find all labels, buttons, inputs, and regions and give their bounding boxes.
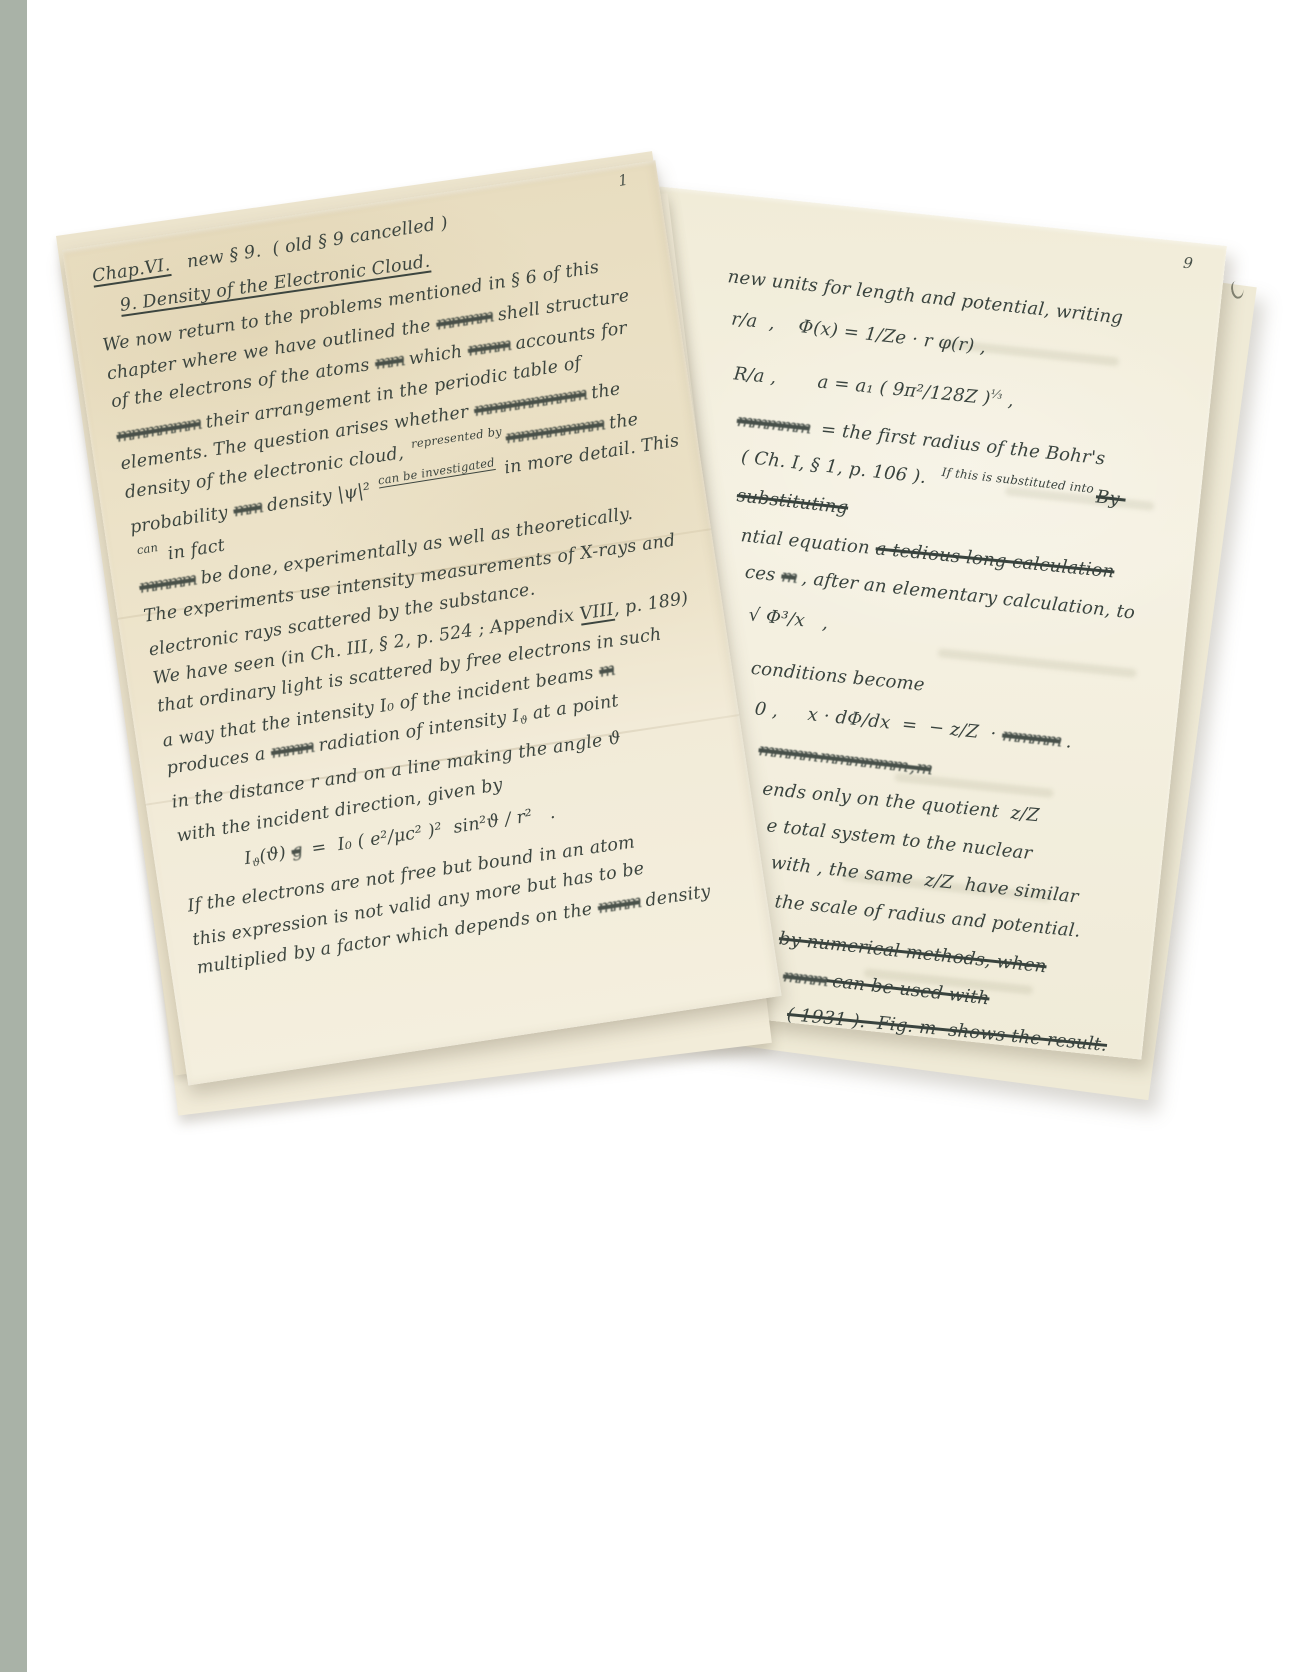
- handwriting-text: (ϑ): [258, 842, 293, 867]
- struck-out-text: mmm: [782, 965, 828, 991]
- handwriting-text: .: [1059, 730, 1073, 752]
- struck-out-text: mm: [374, 350, 405, 374]
- handwriting-text: probability: [129, 502, 235, 538]
- struck-out-text: mmm: [596, 892, 641, 918]
- handwriting-text: R/a , a = a₁ ( 9π²/128Z ): [733, 363, 992, 409]
- handwriting-text: ces: [744, 561, 783, 586]
- handwriting-text: density: [638, 881, 712, 911]
- struck-out-text: mmmm: [138, 570, 197, 598]
- struck-out-text: mmm: [270, 737, 315, 763]
- page-1: 1 Chap.VI. new § 9. ( old § 9 cancelled …: [62, 160, 782, 1085]
- pen-mark: [1230, 280, 1245, 300]
- scan-background: 9 new units for length and potential, wr…: [0, 0, 1301, 1672]
- struck-out-text: m: [780, 565, 797, 587]
- green-edge-strip: [0, 0, 27, 1672]
- handwriting-text: √ Φ³/x ,: [748, 604, 830, 634]
- handwriting-text: which: [402, 341, 470, 370]
- inserted-text: can: [136, 540, 159, 557]
- page-number: 9: [1182, 254, 1193, 273]
- struck-out-text: mm: [232, 497, 263, 521]
- page-1-text: Chap.VI. new § 9. ( old § 9 cancelled ) …: [90, 178, 755, 984]
- handwriting-text: [96, 296, 122, 319]
- struck-out-text: mmmmm: [736, 409, 811, 438]
- struck-out-text: mmmm: [435, 306, 494, 334]
- struck-out-text: mmm: [467, 335, 512, 361]
- handwriting-text: conditions become: [750, 657, 926, 695]
- handwriting-text: the: [584, 379, 622, 404]
- handwriting-text: , p. 189): [612, 588, 690, 619]
- struck-out-text: mmmm: [1001, 724, 1061, 751]
- handwriting-text: ,: [1001, 389, 1015, 411]
- handwriting-text: Chap.VI.: [91, 255, 172, 287]
- handwriting-text: I: [180, 848, 253, 878]
- struck-out-text: m: [598, 660, 615, 682]
- handwriting-text: ntial equation: [740, 525, 877, 559]
- handwriting-text: the: [602, 409, 640, 434]
- handwriting-text: VIII: [578, 599, 615, 624]
